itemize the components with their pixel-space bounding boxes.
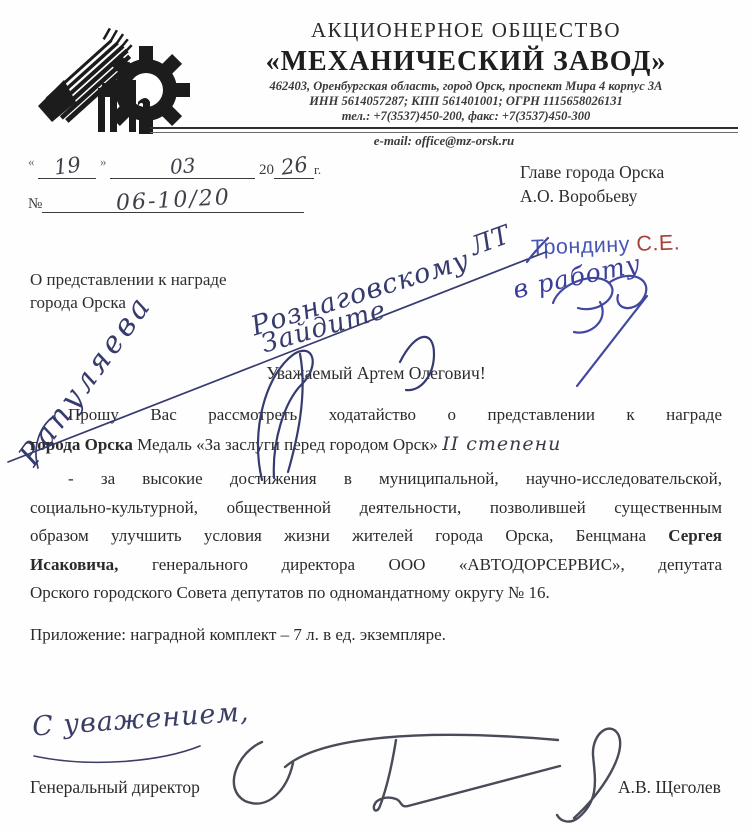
body-line: Прошу Вас рассмотреть ходатайство о пред… bbox=[30, 401, 722, 430]
date-month-value: 03 bbox=[169, 153, 196, 179]
signer-title: Генеральный директор bbox=[30, 777, 200, 798]
closing-underline-stroke bbox=[34, 746, 200, 762]
date-line: « 19 » 03 2026г. bbox=[28, 154, 368, 179]
org-phones: тел.: +7(3537)450-200, факс: +7(3537)450… bbox=[192, 109, 740, 123]
org-type: АКЦИОНЕРНОЕ ОБЩЕСТВО bbox=[192, 18, 740, 43]
subject-line-1: О представлении к награде bbox=[30, 269, 227, 292]
body-line: города Орска Медаль «За заслуги перед го… bbox=[30, 430, 722, 460]
date-day-value: 19 bbox=[53, 152, 82, 179]
number-field: 06-10/20 bbox=[42, 188, 304, 213]
date-quote-close: » bbox=[100, 154, 107, 169]
body-text: образом улучшить условия жизни жителей г… bbox=[30, 526, 668, 545]
date-year-field: 26 bbox=[274, 154, 314, 179]
bold-text: города Орска bbox=[30, 435, 133, 454]
attachment-line: Приложение: наградной комплект – 7 л. в … bbox=[30, 621, 722, 650]
body-line: Орского городского Совета депутатов по о… bbox=[30, 579, 722, 608]
body-line: - за высокие достижения в муниципальной,… bbox=[30, 465, 722, 494]
closing-handwritten: С уважением, bbox=[31, 696, 250, 742]
date-year-prefix: 20 bbox=[259, 162, 274, 178]
body-line: Исаковича, генерального директора ООО «А… bbox=[30, 551, 722, 580]
date-year-suffix: г. bbox=[314, 162, 321, 177]
director-signature-stroke bbox=[234, 729, 620, 822]
org-address: 462403, Оренбургская область, город Орск… bbox=[192, 79, 740, 93]
body-line: социально-культурной, общественной деяте… bbox=[30, 494, 722, 523]
letter-page: АКЦИОНЕРНОЕ ОБЩЕСТВО «МЕХАНИЧЕСКИЙ ЗАВОД… bbox=[0, 0, 750, 832]
body-paragraph-2: - за высокие достижения в муниципальной,… bbox=[30, 465, 722, 608]
annotation-initials-1: ЛТ bbox=[466, 220, 515, 262]
number-line: №06-10/20 bbox=[28, 188, 368, 213]
addressee-block: Главе города Орска А.О. Воробьеву bbox=[520, 161, 664, 208]
addressee-line-2: А.О. Воробьеву bbox=[520, 185, 664, 209]
bold-text: Сергея bbox=[668, 526, 722, 545]
date-year-value: 26 bbox=[279, 152, 309, 179]
addressee-line-1: Главе города Орска bbox=[520, 161, 664, 185]
date-quote-open: « bbox=[28, 154, 35, 169]
date-month-field: 03 bbox=[110, 154, 255, 179]
signer-name: А.В. Щеголев bbox=[618, 777, 721, 798]
org-name: «МЕХАНИЧЕСКИЙ ЗАВОД» bbox=[192, 46, 740, 78]
body-paragraph-1: Прошу Вас рассмотреть ходатайство о пред… bbox=[30, 401, 722, 459]
company-logo-icon bbox=[30, 6, 192, 136]
handwritten-degree: II степени bbox=[442, 433, 561, 455]
org-registration: ИНН 5614057287; КПП 561401001; ОГРН 1115… bbox=[192, 94, 740, 108]
letterhead: АКЦИОНЕРНОЕ ОБЩЕСТВО «МЕХАНИЧЕСКИЙ ЗАВОД… bbox=[192, 18, 740, 123]
org-email: e-mail: office@mz-orsk.ru bbox=[150, 133, 738, 149]
bold-text: Исаковича, bbox=[30, 555, 152, 574]
stamp-initials: С.Е. bbox=[636, 230, 681, 256]
body-text: генерального директора ООО «АВТОДОРСЕРВИ… bbox=[152, 555, 722, 574]
number-value: 06-10/20 bbox=[115, 185, 231, 216]
body-text: Медаль «За заслуги перед городом Орск» bbox=[133, 435, 442, 454]
date-day-field: 19 bbox=[38, 154, 96, 179]
body-line: образом улучшить условия жизни жителей г… bbox=[30, 522, 722, 551]
number-label: № bbox=[28, 196, 42, 212]
salutation: Уважаемый Артем Олегович! bbox=[30, 363, 722, 384]
